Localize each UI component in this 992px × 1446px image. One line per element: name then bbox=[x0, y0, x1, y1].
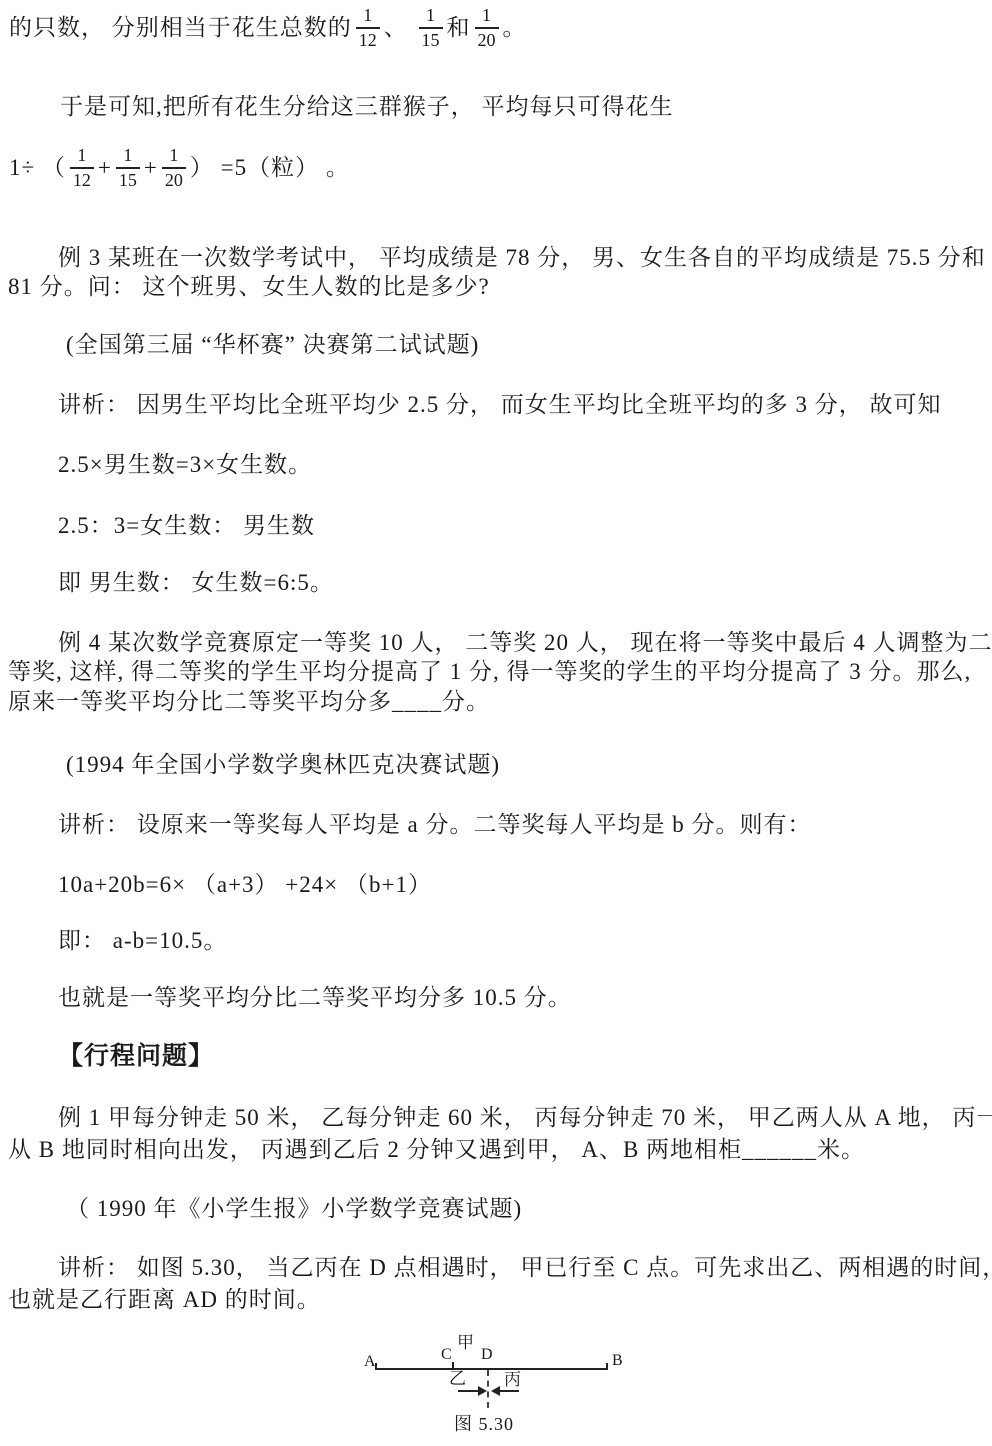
enum-comma: 、 bbox=[384, 13, 415, 43]
and-word: 和 bbox=[447, 13, 471, 43]
example4-conclusion: 也就是一等奖平均分比二等奖平均分多 10.5 分。 bbox=[58, 983, 572, 1013]
section-heading-travel-problems: 【行程问题】 bbox=[58, 1042, 214, 1072]
figure-arrow-right-icon bbox=[458, 1390, 485, 1392]
figure-label-bing: 丙 bbox=[504, 1371, 521, 1388]
figure-caption: 图 5.30 bbox=[454, 1410, 514, 1436]
period: 。 bbox=[503, 13, 527, 43]
example4-line3: 原来一等奖平均分比二等奖平均分多____分。 bbox=[8, 687, 490, 717]
fragment-text: 的只数， 分别相当于花生总数的 bbox=[9, 13, 352, 43]
example3-line2: 81 分。问： 这个班男、女生人数的比是多少? bbox=[8, 272, 490, 302]
figure-label-b: B bbox=[612, 1353, 623, 1369]
continued-sentence: 的只数， 分别相当于花生总数的 112 、 115 和 120 。 bbox=[9, 6, 527, 50]
example3-analysis: 讲析： 因男生平均比全班平均少 2.5 分， 而女生平均比全班平均的多 3 分，… bbox=[58, 390, 942, 420]
travel-example1-source-citation: （ 1990 年《小学生报》小学数学竞赛试题) bbox=[66, 1194, 522, 1224]
figure-point-tick-c bbox=[452, 1362, 454, 1369]
example3-equation2: 2.5：3=女生数： 男生数 bbox=[58, 511, 315, 541]
average-formula: 1÷ （ 112 + 115 + 120 ） =5（粒） 。 bbox=[9, 146, 350, 190]
example4-source-citation: (1994 年全国小学数学奥林匹克决赛试题) bbox=[66, 750, 500, 780]
travel-example1-analysis-line2: 也就是乙行距离 AD 的时间。 bbox=[8, 1285, 321, 1315]
figure-endpoint-tick-a bbox=[375, 1363, 377, 1369]
example3-source-citation: (全国第三届 “华杯赛” 决赛第二试试题) bbox=[66, 330, 479, 360]
travel-example1-line2: 从 B 地同时相向出发， 丙遇到乙后 2 分钟又遇到甲， A、B 两地相柜___… bbox=[8, 1135, 865, 1165]
figure-label-c: C bbox=[441, 1347, 452, 1363]
figure-label-yi: 乙 bbox=[449, 1370, 466, 1387]
figure-arrow-left-icon bbox=[493, 1390, 519, 1392]
example3-line1: 例 3 某班在一次数学考试中， 平均成绩是 78 分， 男、女生各自的平均成绩是… bbox=[58, 243, 986, 273]
example4-analysis: 讲析： 设原来一等奖每人平均是 a 分。二等奖每人平均是 b 分。则有： bbox=[58, 810, 811, 840]
travel-example1-line1: 例 1 甲每分钟走 50 米， 乙每分钟走 60 米， 丙每分钟走 70 米， … bbox=[58, 1103, 992, 1133]
figure-label-jia: 甲 bbox=[457, 1334, 474, 1351]
document-page: 的只数， 分别相当于花生总数的 112 、 115 和 120 。 于是可知,把… bbox=[0, 0, 992, 1446]
example4-line1: 例 4 某次数学竞赛原定一等奖 10 人， 二等奖 20 人， 现在将一等奖中最… bbox=[58, 628, 992, 658]
figure-5-30: 甲 C D A B 乙 丙 图 5.30 bbox=[340, 1334, 640, 1444]
fraction-1-20: 120 bbox=[475, 6, 499, 50]
example4-equation1: 10a+20b=6× （a+3） +24× （b+1） bbox=[58, 870, 432, 900]
example3-equation1: 2.5×男生数=3×女生数。 bbox=[58, 450, 312, 480]
formula-prefix: 1÷ （ bbox=[9, 153, 66, 183]
travel-example1-analysis-line1: 讲析： 如图 5.30， 当乙丙在 D 点相遇时， 甲已行至 C 点。可先求出乙… bbox=[58, 1253, 992, 1283]
intro-sentence: 于是可知,把所有花生分给这三群猴子， 平均每只可得花生 bbox=[60, 92, 674, 122]
fraction-1-20: 120 bbox=[162, 146, 186, 190]
example4-equation2: 即： a-b=10.5。 bbox=[58, 926, 227, 956]
plus-sign: + bbox=[98, 153, 112, 183]
example3-equation3: 即 男生数： 女生数=6:5。 bbox=[58, 568, 334, 598]
figure-label-d: D bbox=[481, 1347, 493, 1363]
figure-meeting-dashed-line bbox=[487, 1370, 489, 1408]
figure-route-line bbox=[375, 1368, 608, 1370]
plus-sign: + bbox=[144, 153, 158, 183]
figure-endpoint-tick-b bbox=[606, 1363, 608, 1369]
figure-label-a: A bbox=[364, 1354, 376, 1370]
fraction-1-15: 115 bbox=[116, 146, 140, 190]
formula-result: ） =5（粒） 。 bbox=[190, 153, 350, 183]
fraction-1-12: 112 bbox=[356, 6, 380, 50]
fraction-1-12: 112 bbox=[70, 146, 94, 190]
fraction-1-15: 115 bbox=[419, 6, 443, 50]
example4-line2: 等奖, 这样, 得二等奖的学生平均分提高了 1 分, 得一等奖的学生的平均分提高… bbox=[8, 657, 971, 687]
